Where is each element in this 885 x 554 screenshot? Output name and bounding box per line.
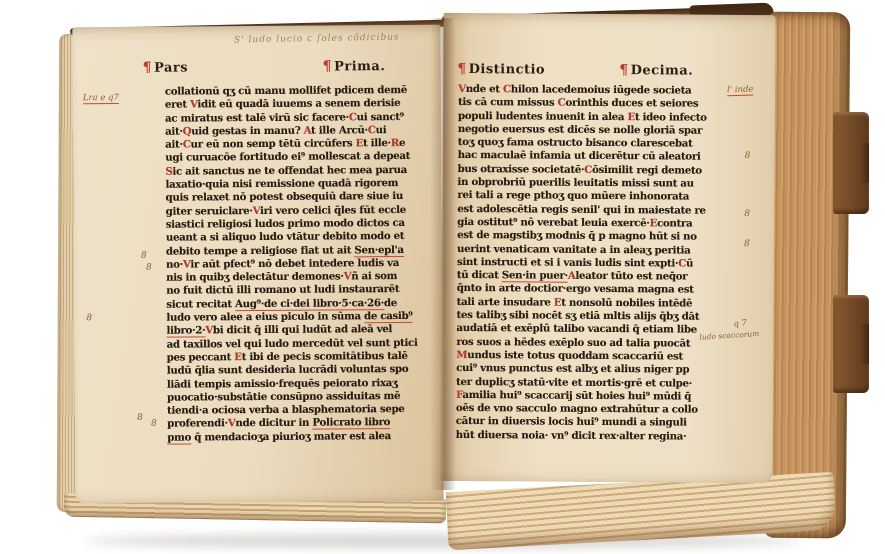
marginal-nota-mark: 8 bbox=[137, 413, 143, 423]
marginal-nota-mark: 8 bbox=[744, 239, 750, 249]
text-line: cui⁹ vnus punctus est albʒ et alius nige… bbox=[456, 362, 732, 377]
rubricated-capital: R bbox=[391, 137, 399, 149]
pilcrow-icon: ¶ bbox=[457, 61, 467, 77]
rubricated-citation: Sen·in puer· bbox=[502, 269, 568, 282]
lower-clasp-tip bbox=[859, 324, 869, 363]
rubricated-capital: E bbox=[355, 137, 363, 149]
right-page: ¶Distinctio ¶Decima. l' inde Vnde et Chi… bbox=[440, 13, 775, 483]
text-line: eret Vidit eū quadā iuuems a senem deris… bbox=[165, 97, 441, 112]
text-line: hūt diuersa noia· vn⁹ dicit rex·alter re… bbox=[456, 429, 732, 444]
header-word: Prima. bbox=[334, 59, 385, 74]
text-line: Sic ait sanctus ne te offendat hec mea p… bbox=[165, 163, 441, 178]
left-text-column: collationū qʒ cū manu mollifet pdicem de… bbox=[165, 84, 443, 445]
marginal-nota-mark: 8 bbox=[151, 419, 157, 429]
rubricated-capital: F bbox=[456, 389, 462, 401]
marginal-nota-mark: 8 bbox=[86, 313, 92, 323]
rubricated-capital: V bbox=[205, 325, 213, 337]
rubricated-capital: C bbox=[503, 83, 511, 95]
rubricated-citation: libro·2· bbox=[166, 325, 205, 338]
rubricated-capital: E bbox=[627, 111, 635, 123]
rubricated-citation: Aug⁹·de ci·dei libro·5·ca·26· bbox=[235, 297, 384, 311]
left-running-header-prima: ¶Prima. bbox=[323, 58, 386, 74]
rubricated-citation: pmo bbox=[167, 431, 191, 444]
rubricated-capital: V bbox=[344, 271, 352, 283]
rubricated-capital: V bbox=[228, 418, 236, 430]
rubricated-citation: Policrato libro bbox=[312, 417, 390, 431]
header-word: Distinctio bbox=[469, 62, 546, 78]
rubricated-capital: M bbox=[456, 349, 467, 361]
rubricated-capital: C bbox=[349, 111, 357, 123]
rubricated-capital: C bbox=[678, 257, 686, 269]
marginal-nota-mark: 8 bbox=[141, 251, 147, 261]
text-line: tis cā cum missus Corinthis duces et sei… bbox=[458, 96, 734, 111]
lower-clasp-strap bbox=[833, 295, 869, 393]
rubricated-capital: C bbox=[368, 124, 376, 136]
text-line: est de magstibʒ modnis q̄ p magno hūt si… bbox=[457, 229, 733, 244]
pilcrow-icon: ¶ bbox=[619, 62, 629, 78]
rubricated-capital: Q bbox=[183, 125, 192, 137]
text-line: pmo q̄ mendacioʒa piurioʒ mater est alea bbox=[167, 429, 443, 444]
left-running-header-pars: ¶Pars bbox=[143, 59, 189, 75]
rubricated-capital: E bbox=[234, 351, 242, 363]
left-page: ¶Pars ¶Prima. Lra e q7 collationū qʒ cū … bbox=[72, 25, 443, 504]
photo-of-incunable-book: ¶Pars ¶Prima. Lra e q7 collationū qʒ cū … bbox=[0, 0, 885, 554]
rubricated-capital: V bbox=[190, 99, 198, 111]
header-word: Decima. bbox=[631, 63, 694, 78]
rubricated-capital: E bbox=[650, 217, 658, 229]
marginal-note-citation: Lra e q7 bbox=[83, 93, 119, 104]
marginal-nota-mark: 8 bbox=[745, 151, 751, 161]
rubricated-citation: Sen·epl'a bbox=[354, 244, 403, 257]
upper-clasp-strap bbox=[833, 112, 869, 214]
rubricated-capital: V bbox=[183, 258, 191, 270]
rubricated-capital: C bbox=[183, 139, 191, 151]
text-line: ludū q̄lia sunt desideria lucrādi volunt… bbox=[167, 363, 443, 378]
pilcrow-icon: ¶ bbox=[323, 58, 333, 74]
text-line: tiendi·a ociosa verba a blasphematoria s… bbox=[167, 403, 443, 418]
text-line: ac miratus est talē virū sic facere·Cui … bbox=[165, 110, 441, 125]
upper-clasp-tip bbox=[859, 143, 869, 184]
fore-edge-wood-board bbox=[764, 12, 851, 539]
rubricated-citation: de casib⁹ bbox=[364, 310, 413, 323]
header-word: Pars bbox=[154, 60, 188, 75]
marginal-note-q7: q 7 bbox=[733, 318, 747, 329]
marginal-nota-mark: 8 bbox=[146, 263, 152, 273]
right-running-header-decima: ¶Decima. bbox=[619, 62, 693, 79]
pilcrow-icon: ¶ bbox=[143, 60, 153, 76]
right-running-header-distinctio: ¶Distinctio bbox=[457, 61, 545, 78]
rubricated-capital: V bbox=[458, 83, 466, 95]
rubricated-capital: C bbox=[558, 97, 566, 109]
text-line: debito tempe a religiose fiat ut ait Sen… bbox=[166, 243, 442, 258]
text-line: ueant a si aliquo ludo vtātur debito mod… bbox=[166, 230, 442, 245]
rubricated-capital: E bbox=[554, 296, 562, 308]
rubricated-capital: C bbox=[584, 164, 592, 176]
right-text-column: Vnde et Chilon lacedemoius iūgede societ… bbox=[456, 83, 734, 444]
rubricated-capital: S bbox=[165, 165, 172, 177]
rubricated-capital: A bbox=[304, 125, 312, 137]
rubricated-capital: V bbox=[253, 205, 261, 217]
rubricated-capital: A bbox=[568, 270, 576, 282]
marginal-nota-mark: 8 bbox=[744, 209, 750, 219]
text-line: ludo vero alee a eius piculo in sūma de … bbox=[166, 310, 442, 325]
